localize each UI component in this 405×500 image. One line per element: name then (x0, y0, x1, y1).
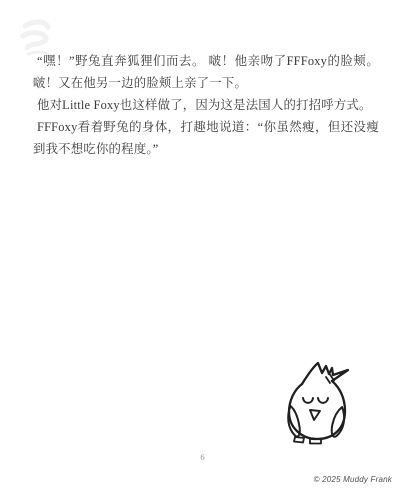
chick-crest (302, 363, 348, 384)
book-page: “嘿！”野兔直奔狐狸们而去。 啵！他亲吻了FFFoxy的脸颊。 啵！又在他另一边… (0, 0, 405, 500)
text-line-2: 啵！又在他另一边的脸颊上亲了一下。 (33, 72, 379, 94)
page-number: 6 (0, 452, 405, 462)
story-text: “嘿！”野兔直奔狐狸们而去。 啵！他亲吻了FFFoxy的脸颊。 啵！又在他另一边… (33, 50, 379, 160)
text-line-5: 到我不想吃你的程度。” (33, 138, 379, 160)
text-line-3: 他对Little Foxy也这样做了，因为这是法国人的打招呼方式。 (33, 94, 379, 116)
copyright-text: © 2025 Muddy Frank (314, 475, 392, 484)
chick-foot-left (294, 437, 304, 443)
text-line-1: “嘿！”野兔直奔狐狸们而去。 啵！他亲吻了FFFoxy的脸颊。 (33, 50, 379, 72)
chick-illustration (285, 358, 353, 446)
text-line-4: FFFoxy看着野兔的身体，打趣地说道：“你虽然瘦，但还没瘦 (33, 116, 379, 138)
